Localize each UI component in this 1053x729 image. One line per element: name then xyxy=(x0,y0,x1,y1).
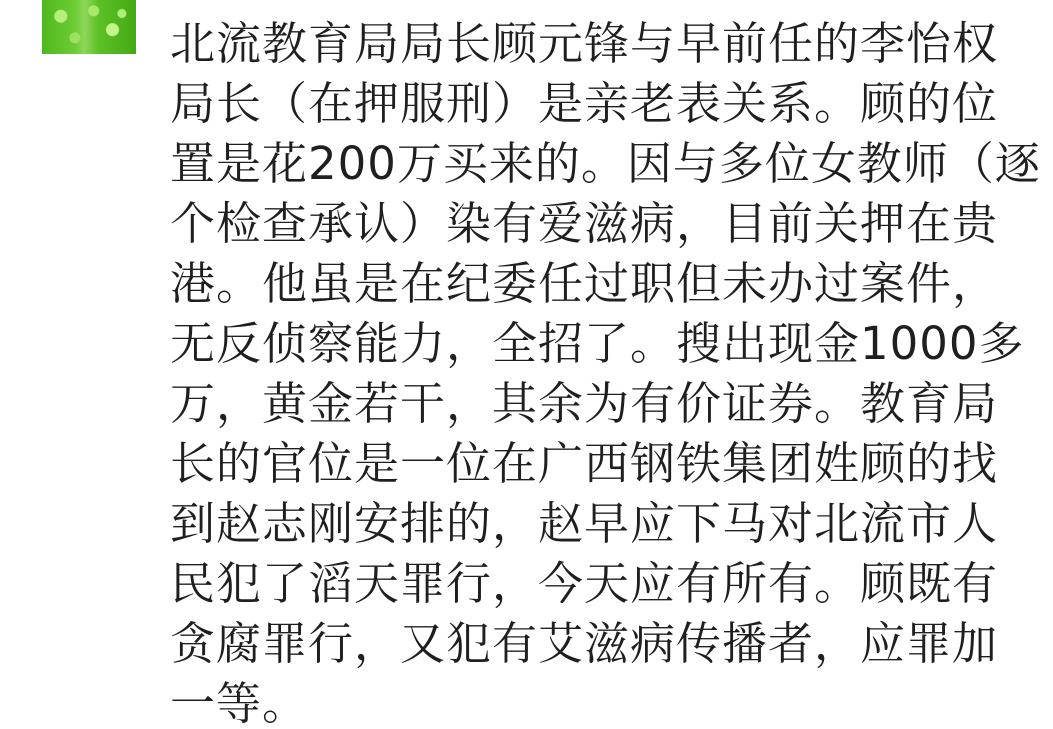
avatar[interactable] xyxy=(42,0,136,54)
message-line: 置是花200万买来的。因与多位女教师（逐 xyxy=(170,134,1010,194)
message-line: 到赵志刚安排的，赵早应下马对北流市人 xyxy=(170,494,1010,554)
message-line: 无反侦察能力，全招了。搜出现金1000多 xyxy=(170,314,1010,374)
message-line: 北流教育局局长顾元锋与早前任的李怡权 xyxy=(170,14,1010,74)
message-line: 民犯了滔天罪行，今天应有所有。顾既有 xyxy=(170,554,1010,614)
message-line: 万，黄金若干，其余为有价证券。教育局 xyxy=(170,374,1010,434)
message-line: 贪腐罪行，又犯有艾滋病传播者，应罪加 xyxy=(170,614,1010,674)
message-line: 港。他虽是在纪委任过职但未办过案件， xyxy=(170,254,1010,314)
message-line: 一等。 xyxy=(170,674,1010,729)
message-line: 个检查承认）染有爱滋病，目前关押在贵 xyxy=(170,194,1010,254)
message-line: 局长（在押服刑）是亲老表关系。顾的位 xyxy=(170,74,1010,134)
message-line: 长的官位是一位在广西钢铁集团姓顾的找 xyxy=(170,434,1010,494)
message-text: 北流教育局局长顾元锋与早前任的李怡权 局长（在押服刑）是亲老表关系。顾的位 置是… xyxy=(170,14,1010,729)
